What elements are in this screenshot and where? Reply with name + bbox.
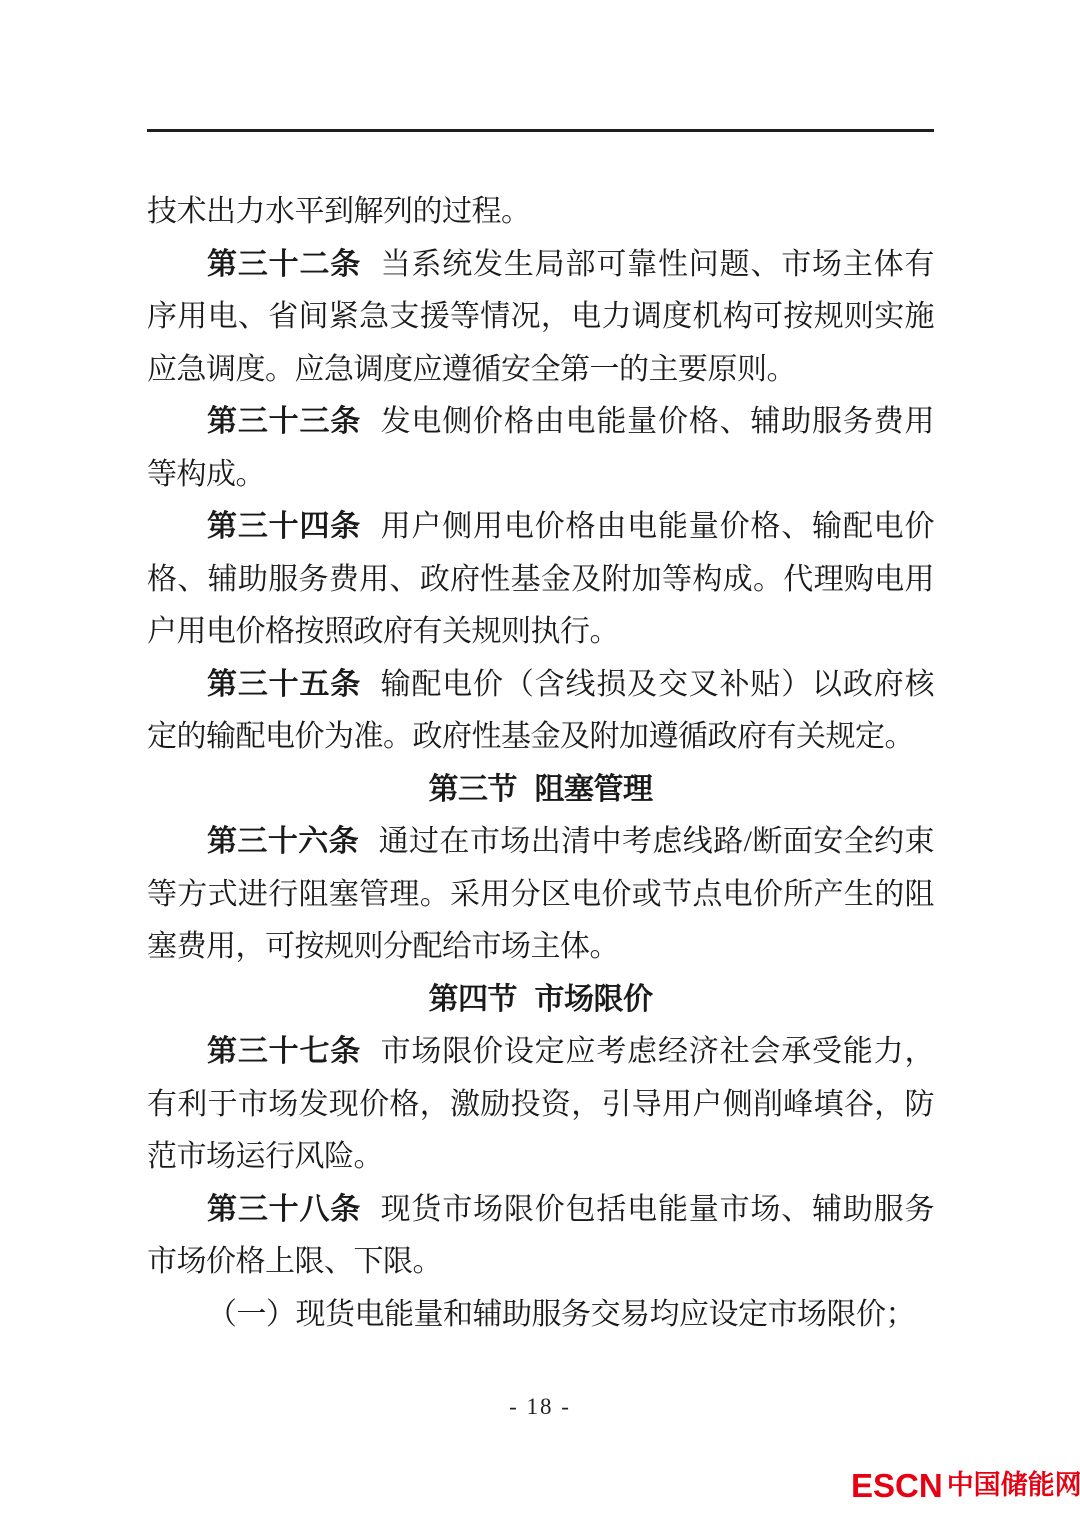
document-body: 技术出力水平到解列的过程。第三十二条当系统发生局部可靠性问题、市场主体有序用电、… [147,186,934,1341]
article-number-label: 第三十三条 [207,405,361,438]
page-number: - 18 - [0,1394,1080,1420]
section-heading: 第三节 阻塞管理 [147,764,934,817]
paragraph: 第三十八条现货市场限价包括电能量市场、辅助服务市场价格上限、下限。 [147,1184,934,1289]
paragraph: 第三十六条通过在市场出清中考虑线路/断面安全约束等方式进行阻塞管理。采用分区电价… [147,816,934,974]
article-number-label: 第三十八条 [207,1193,361,1226]
article-number-label: 第三十七条 [207,1035,361,1068]
paragraph: 技术出力水平到解列的过程。 [147,186,934,239]
escn-logo-chinese-text: 中国储能网 [947,1472,1080,1499]
paragraph-text: 第四节 市场限价 [429,983,653,1016]
paragraph: 第三十七条市场限价设定应考虑经济社会承受能力，有利于市场发现价格，激励投资，引导… [147,1026,934,1184]
paragraph: 第三十四条用户侧用电价格由电能量价格、输配电价格、辅助服务费用、政府性基金及附加… [147,501,934,659]
escn-watermark-logo: ESCN 中国储能网 [851,1468,1080,1502]
paragraph: 第三十三条发电侧价格由电能量价格、辅助服务费用等构成。 [147,396,934,501]
section-heading: 第四节 市场限价 [147,974,934,1027]
paragraph: 第三十二条当系统发生局部可靠性问题、市场主体有序用电、省间紧急支援等情况，电力调… [147,239,934,397]
article-number-label: 第三十二条 [207,248,361,281]
article-number-label: 第三十四条 [207,510,361,543]
article-number-label: 第三十六条 [207,825,359,858]
paragraph: （一）现货电能量和辅助服务交易均应设定市场限价； [147,1289,934,1342]
escn-logo-latin-text: ESCN [851,1469,943,1502]
paragraph-text: 技术出力水平到解列的过程。 [147,195,531,228]
document-page: 技术出力水平到解列的过程。第三十二条当系统发生局部可靠性问题、市场主体有序用电、… [0,0,1080,1527]
header-rule [147,129,934,132]
paragraph: 第三十五条输配电价（含线损及交叉补贴）以政府核定的输配电价为准。政府性基金及附加… [147,659,934,764]
paragraph-text: 第三节 阻塞管理 [429,773,653,806]
article-number-label: 第三十五条 [207,668,361,701]
paragraph-text: （一）现货电能量和辅助服务交易均应设定市场限价； [207,1298,915,1331]
